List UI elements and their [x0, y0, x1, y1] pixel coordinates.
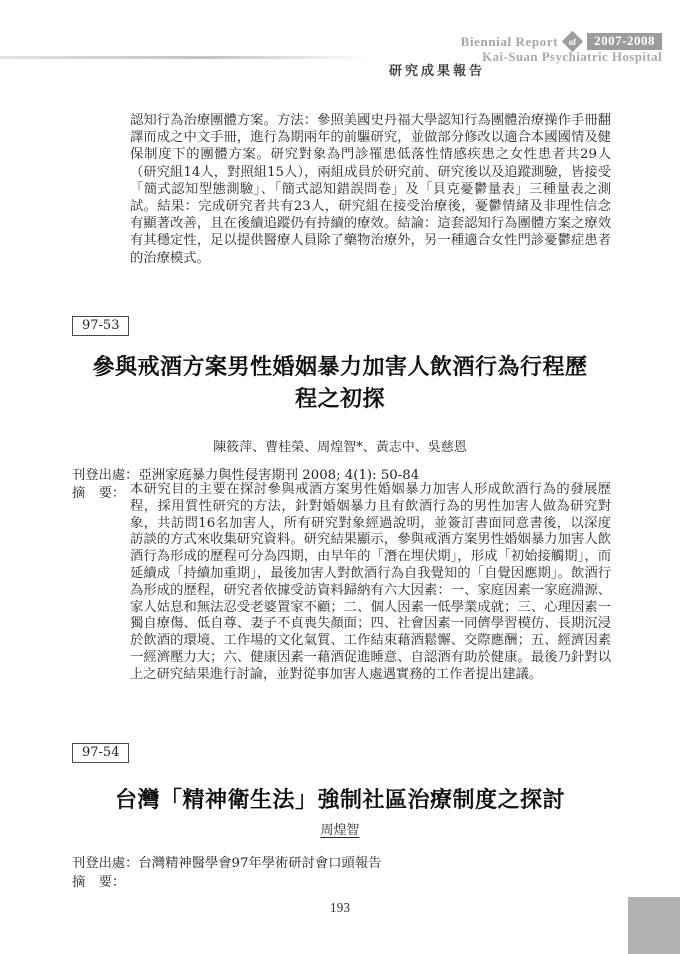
- abstract-text: 本研究目的主要在探討參與戒酒方案男性婚姻暴力加害人形成飲酒行為的發展歷程，採用質…: [130, 482, 611, 684]
- article-authors: 周煌智: [0, 819, 680, 838]
- publication-row: 刊登出處：台灣精神醫學會97年學術研討會口頭報告: [72, 852, 617, 871]
- article-authors: 陳筱萍、曹桂榮、周煌智*、黃志中、吳慈恩: [0, 436, 680, 455]
- article-id-box: 97-53: [72, 316, 129, 336]
- publication-row: 刊登出處：亞洲家庭暴力與性侵害期刊 2008; 4(1): 50-84: [72, 464, 617, 483]
- page-number: 193: [0, 900, 680, 916]
- publication-value: 台灣精神醫學會97年學術研討會口頭報告: [138, 856, 381, 871]
- article-id-box: 97-54: [72, 743, 129, 763]
- report-brand: Biennial Report of 2007-2008: [461, 33, 662, 50]
- section-title-cn: 研究成果報告: [389, 60, 485, 79]
- of-diamond-label: of: [569, 37, 577, 47]
- article-title: 參與戒酒方案男性婚姻暴力加害人飲酒行為行程歷程之初探: [85, 352, 595, 416]
- intro-paragraph: 認知行為治療團體方案。方法：參照美國史丹福大學認知行為團體治療操作手冊翻譯而成之…: [130, 112, 611, 267]
- publication-label: 刊登出處：: [72, 468, 138, 483]
- publication-label: 刊登出處：: [72, 856, 138, 871]
- article-title: 台灣「精神衛生法」強制社區治療制度之探討: [60, 785, 620, 817]
- report-years-badge: 2007-2008: [587, 33, 662, 50]
- document-page: Biennial Report of 2007-2008 Kai-Suan Ps…: [0, 0, 680, 954]
- hospital-name: Kai-Suan Psychiatric Hospital: [482, 49, 662, 65]
- author-name: 周煌智: [320, 823, 359, 838]
- publication-value: 亞洲家庭暴力與性侵害期刊 2008; 4(1): 50-84: [138, 468, 419, 483]
- corner-gray-box: [628, 897, 680, 954]
- abstract-label: 摘 要：: [72, 871, 125, 890]
- abstract-label: 摘 要：: [72, 482, 125, 501]
- report-title: Biennial Report: [461, 34, 558, 50]
- header-divider-line: [0, 56, 372, 59]
